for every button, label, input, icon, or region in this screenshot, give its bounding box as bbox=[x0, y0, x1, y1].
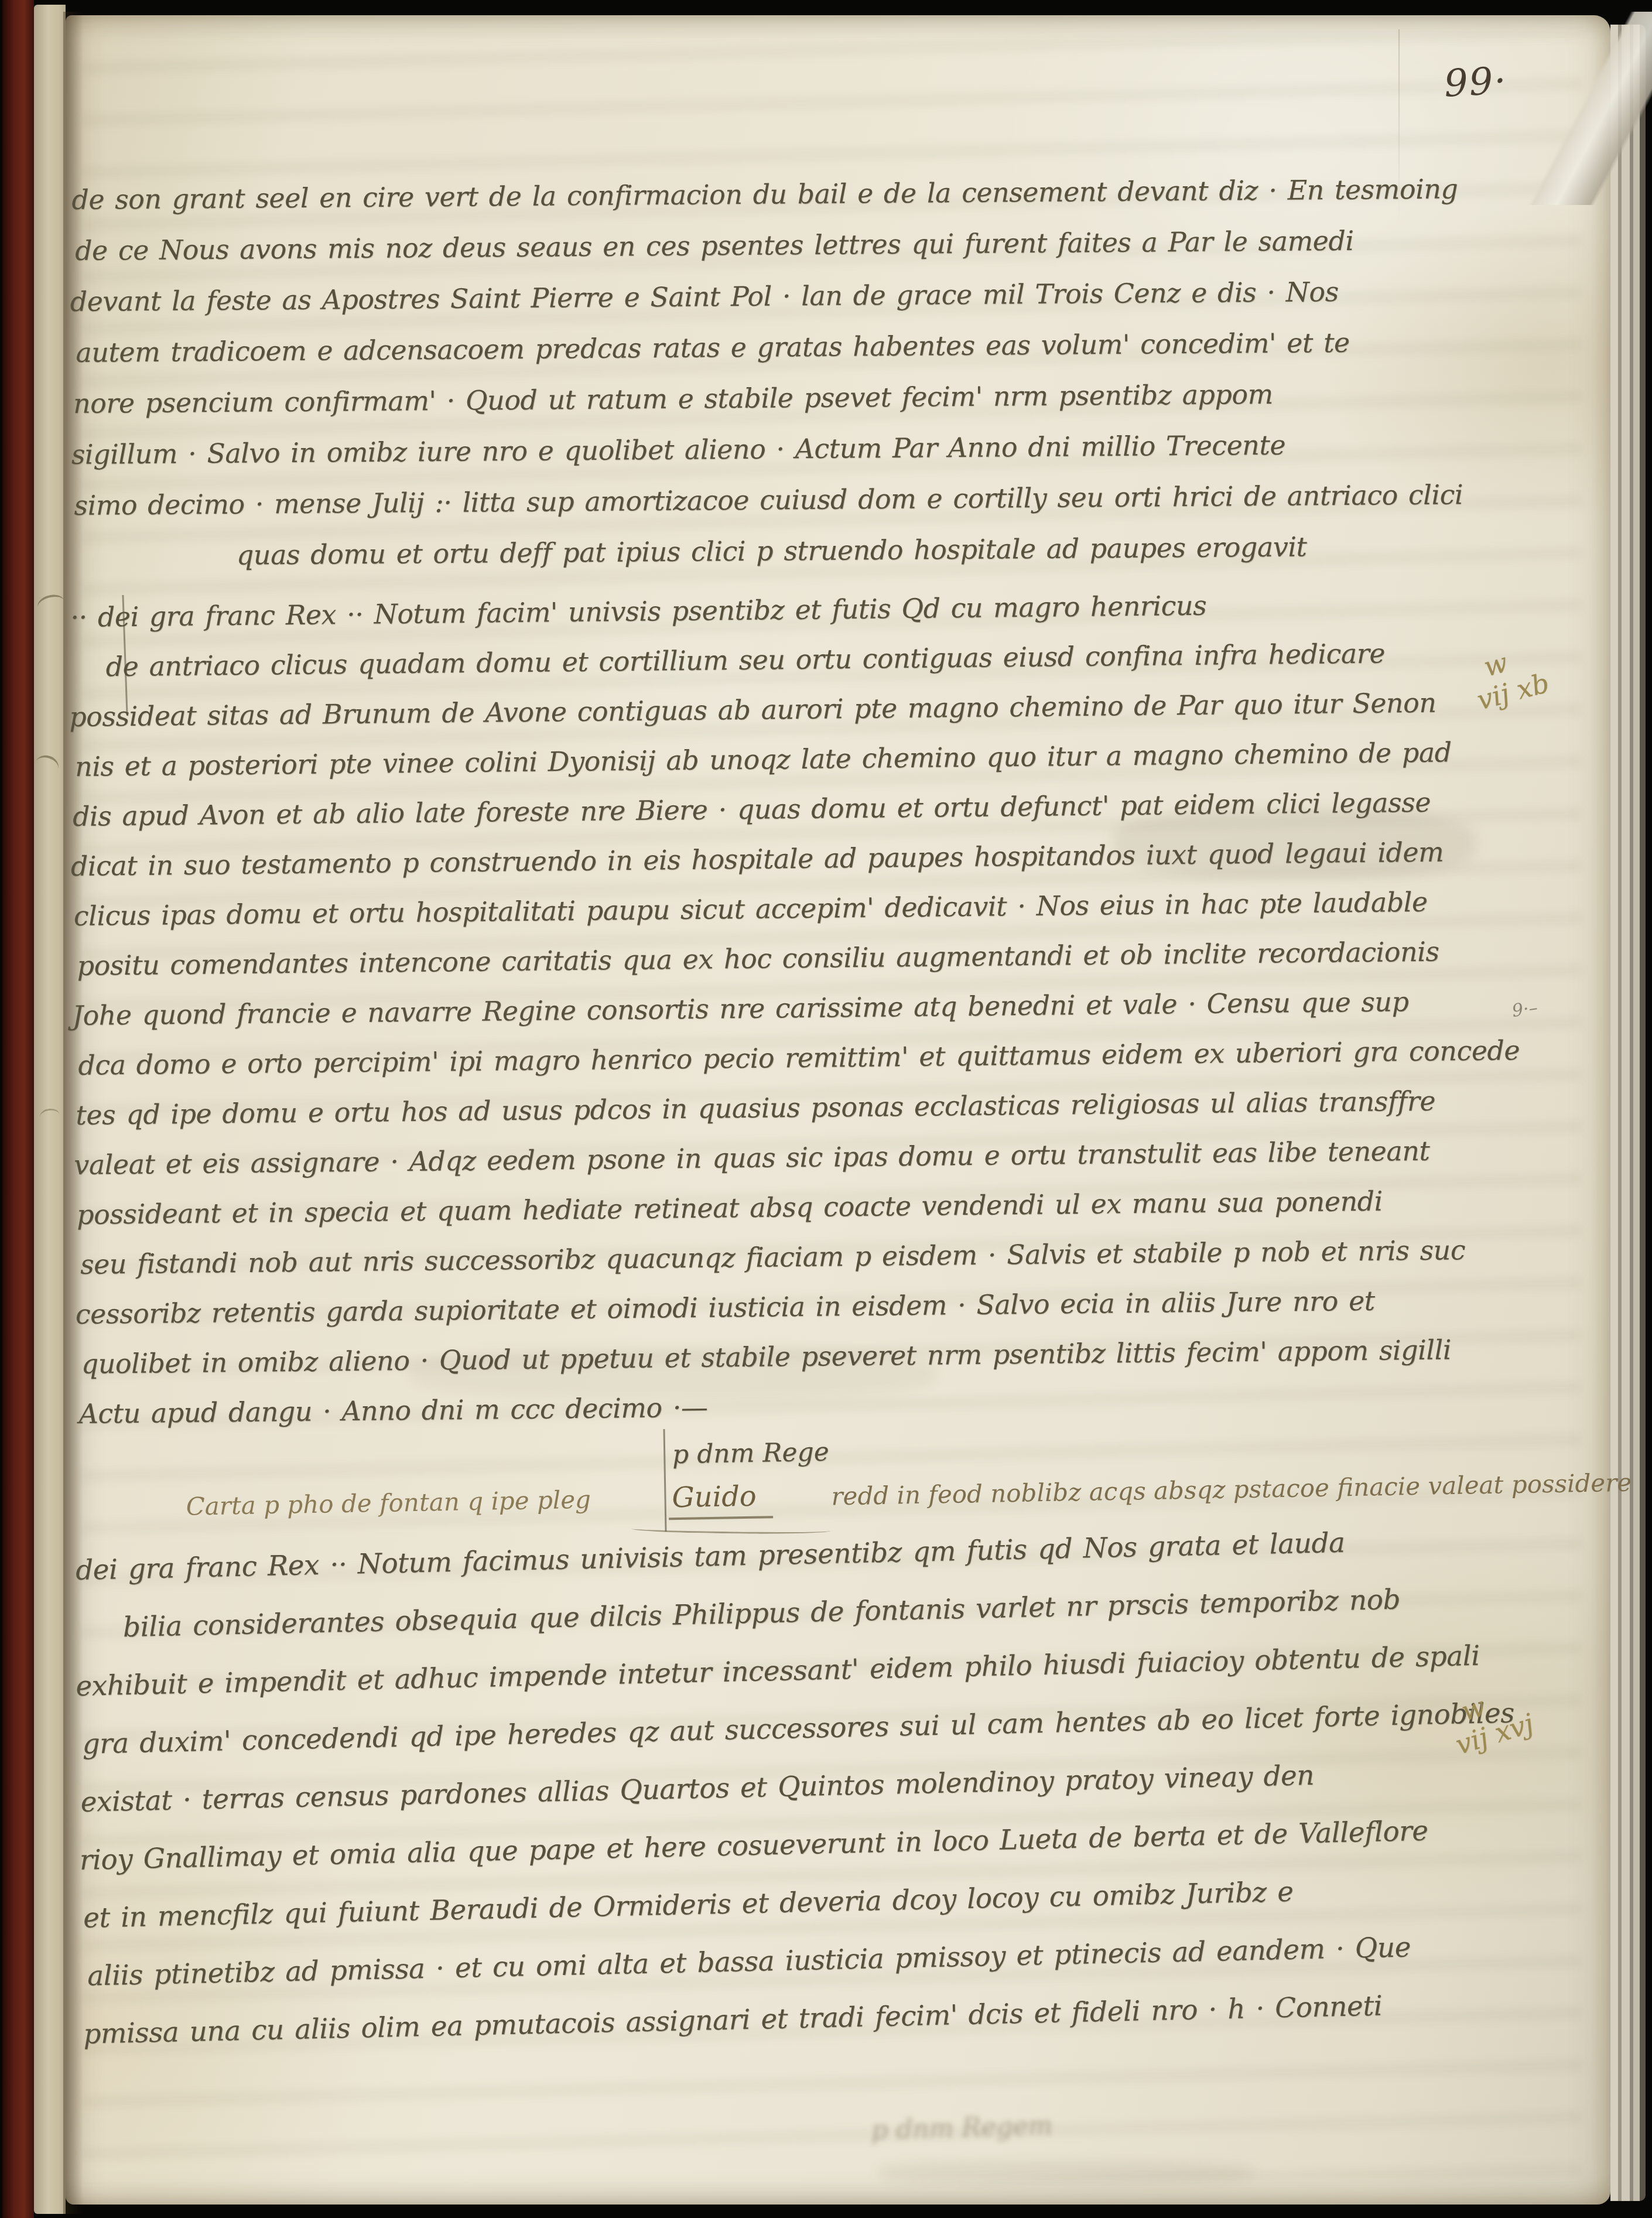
facing-page-ink-mark bbox=[39, 1108, 60, 1125]
french-charter-text-block: de son grant seel en cire vert de la con… bbox=[71, 163, 1463, 582]
stray-ink-mark: 9·– bbox=[1511, 997, 1539, 1021]
folio-number: 99· bbox=[1443, 59, 1509, 106]
per-dominum-regem-heading: p dnm Rege bbox=[672, 1437, 830, 1470]
stacked-page-edges bbox=[1610, 25, 1646, 2201]
show-through-smudge bbox=[878, 2161, 1253, 2185]
text-line: quas domu et ortu deff pat ipius clici p… bbox=[77, 520, 1463, 582]
latin-charter-text-block: ·· dei gra franc Rex ·· Notum facim' uni… bbox=[70, 577, 1524, 1439]
top-right-page-corner bbox=[1521, 12, 1652, 205]
book-binding-edge bbox=[2, 0, 34, 2218]
facing-page-ink-mark bbox=[33, 753, 61, 779]
facing-page-edge bbox=[34, 5, 66, 2214]
show-through-heading: p dnm Regem bbox=[871, 2111, 1053, 2145]
manuscript-photo: 99· de son grant seel en cire vert de la… bbox=[0, 0, 1652, 2218]
second-charter-text-block: dei gra franc Rex ·· Notum facimus univi… bbox=[75, 1510, 1521, 2063]
rubric-guido-word: Guido bbox=[668, 1479, 773, 1520]
facing-page-ink-mark bbox=[36, 592, 66, 616]
